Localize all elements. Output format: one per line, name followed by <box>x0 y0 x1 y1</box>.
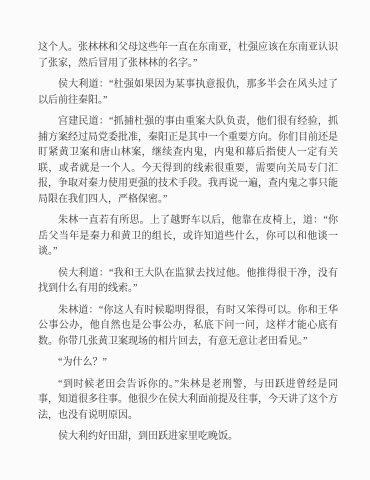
reader-page: 这个人。张林林和父母这些年一直在东南亚，杜强应该在东南亚认识了张家，然后冒用了张… <box>0 0 370 480</box>
paragraph: 侯大利道：“我和王大队在监狱去找过他。他推得很干净，没有找到什么有用的线索。” <box>38 266 338 297</box>
paragraph: 朱林一直若有所思。上了越野车以后，他靠在皮椅上，道：“你岳父当年是秦力和黄卫的组… <box>38 213 338 260</box>
paragraph: “到时候老田会告诉你的。”朱林是老刑警，与田跃进曾经是同事，知道很多往事。他很少… <box>38 377 338 424</box>
paragraph-continuation: 这个人。张林林和父母这些年一直在东南亚，杜强应该在东南亚认识了张家，然后冒用了张… <box>38 40 338 71</box>
paragraph: 朱林道：“你这人有时候聪明得很，有时又笨得可以。你和王华公事公办，他自然也是公事… <box>38 303 338 350</box>
paragraph: 侯大利约好田甜，到田跃进家里吃晚饭。 <box>38 429 338 445</box>
paragraph: “为什么？” <box>38 355 338 371</box>
paragraph: 侯大利道：“杜强如果因为某事执意报仇，那多半会在风头过了以后前往秦阳。” <box>38 77 338 108</box>
paragraph: 宫建民道：“抓捕杜强的事由重案大队负责，他们很有经验，抓捕方案经过局党委批准，秦… <box>38 114 338 207</box>
